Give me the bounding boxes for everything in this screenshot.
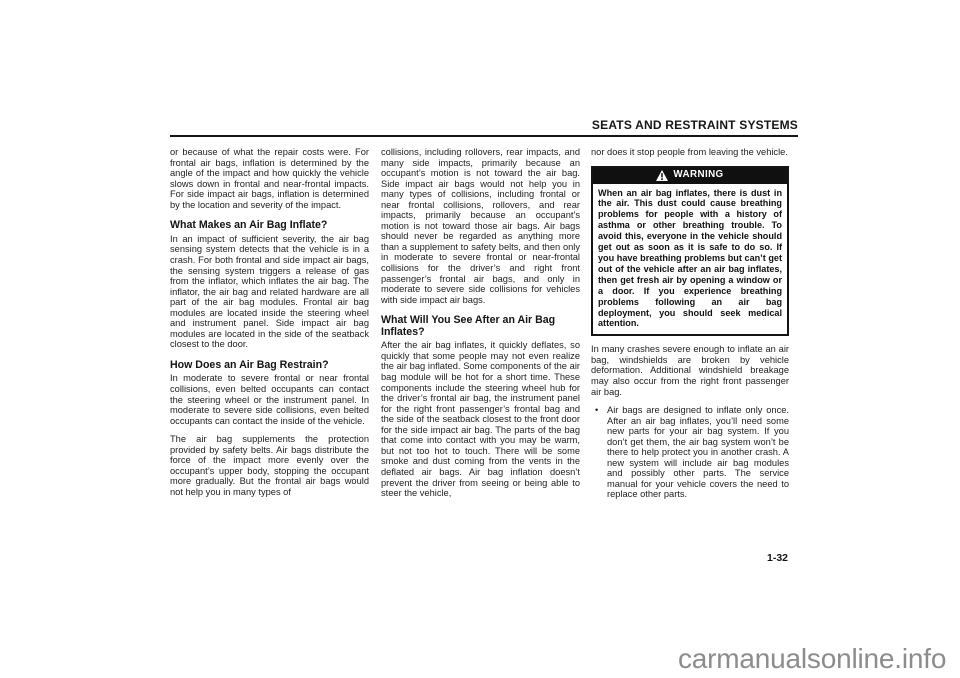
paragraph-supplements-protection: The air bag supplements the protection p… [170,434,369,497]
column-left: or because of what the repair costs were… [170,147,369,506]
paragraph-after-inflation: After the air bag inflates, it quickly d… [381,340,580,498]
paragraph-repair-costs: or because of what the repair costs were… [170,147,369,210]
warning-text: When an air bag inflates, there is dust … [593,184,787,335]
warning-box: WARNING When an air bag inflates, there … [591,166,789,337]
header-rule [170,135,798,137]
column-right: nor does it stop people from leaving the… [591,147,789,508]
page-number: 1-32 [591,552,788,564]
page-header-title: SEATS AND RESTRAINT SYSTEMS [170,118,798,132]
watermark: carmanualsonline.info [678,643,946,675]
list-item-text: Air bags are designed to inflate only on… [607,405,789,500]
paragraph-moderate-severe: In moderate to severe frontal or near fr… [170,373,369,426]
list-item-replace-parts: • Air bags are designed to inflate only … [591,405,789,500]
warning-title: WARNING [673,170,723,181]
paragraph-collisions-continuation: collisions, including rollovers, rear im… [381,147,580,305]
warning-triangle-icon [656,170,668,181]
paragraph-sensing-system: In an impact of sufficient severity, the… [170,234,369,350]
heading-how-restrain: How Does an Air Bag Restrain? [170,360,369,372]
heading-what-will-you-see: What Will You See After an Air Bag Infla… [381,315,580,338]
manual-page: SEATS AND RESTRAINT SYSTEMS or because o… [0,0,960,678]
heading-what-makes-inflate: What Makes an Air Bag Inflate? [170,220,369,232]
bullet-icon: • [591,405,607,500]
paragraph-leaving-vehicle: nor does it stop people from leaving the… [591,147,789,158]
column-middle: collisions, including rollovers, rear im… [381,147,580,507]
paragraph-windshield-breakage: In many crashes severe enough to inflate… [591,344,789,397]
warning-header: WARNING [593,168,787,184]
